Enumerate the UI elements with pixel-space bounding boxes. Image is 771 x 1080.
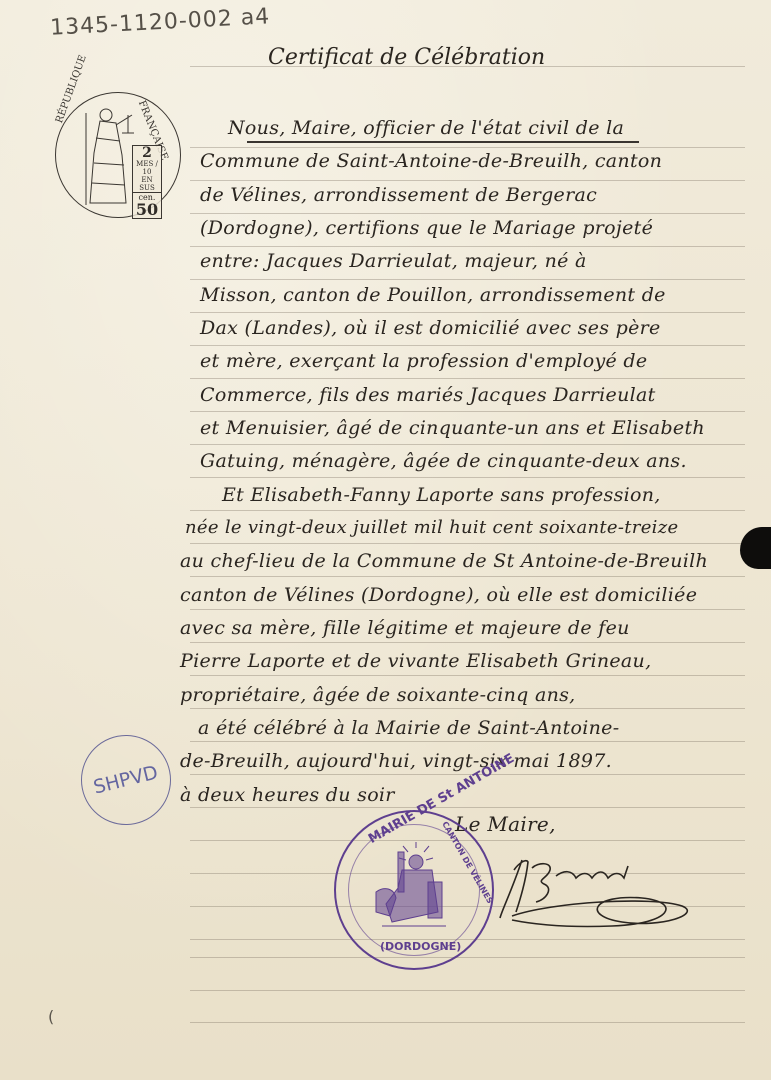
body-line: Pierre Laporte et de vivante Elisabeth G… <box>180 650 651 672</box>
body-line: Misson, canton de Pouillon, arrondisseme… <box>200 284 666 306</box>
ruled-line <box>190 180 745 181</box>
ruled-line <box>190 1022 745 1023</box>
ruled-line <box>190 543 745 544</box>
ruled-line <box>190 609 745 610</box>
body-line: a été célébré à la Mairie de Saint-Antoi… <box>198 717 619 739</box>
body-line: avec sa mère, fille légitime et majeure … <box>180 617 630 639</box>
body-line: et mère, exerçant la profession d'employ… <box>200 350 647 372</box>
ruled-line <box>190 411 745 412</box>
mairie-stamp-bottom-text: (DORDOGNE) <box>380 940 461 953</box>
mayor-signature <box>492 840 702 930</box>
ruled-line <box>190 675 745 676</box>
mairie-stamp: MAIRIE DE St ANTOINE CANTON DE VÉLINES (… <box>334 810 494 970</box>
ruled-line <box>190 708 745 709</box>
signature-flourish-icon <box>492 840 702 930</box>
body-line: Dax (Landes), où il est domicilié avec s… <box>200 317 661 339</box>
body-line: (Dordogne), certifions que le Mariage pr… <box>200 217 653 239</box>
fiscal-stamp: RÉPUBLIQUE FRANÇAISE 2 MES / 10 EN SUS c… <box>55 92 181 218</box>
document-title: Certificat de Célébration <box>268 45 545 70</box>
body-line: propriétaire, âgée de soixante-cinq ans, <box>180 684 576 706</box>
certificate-page: 1345-1120-002 a4 Certificat de Célébrati… <box>0 0 771 1080</box>
ruled-line <box>190 213 745 214</box>
archive-stamp: SHPVD <box>81 735 171 825</box>
body-line: canton de Vélines (Dordogne), où elle es… <box>180 584 697 606</box>
margin-mark: ( <box>48 1007 54 1026</box>
body-line: Et Elisabeth-Fanny Laporte sans professi… <box>222 484 661 506</box>
ruled-line <box>190 312 745 313</box>
ruled-line <box>190 990 745 991</box>
fiscal-stamp-value: 2 MES / 10 EN SUS cen. 50 <box>132 145 162 219</box>
body-line: Commerce, fils des mariés Jacques Darrie… <box>200 384 656 406</box>
title-underline <box>247 141 639 143</box>
body-line: Commune de Saint-Antoine-de-Breuilh, can… <box>200 150 662 172</box>
archive-reference: 1345-1120-002 a4 <box>49 4 270 40</box>
body-line: au chef-lieu de la Commune de St Antoine… <box>180 550 708 572</box>
ruled-line <box>190 477 745 478</box>
ruled-line <box>190 807 745 808</box>
body-line: Gatuing, ménagère, âgée de cinquante-deu… <box>200 450 687 472</box>
archive-stamp-text: SHPVD <box>92 761 161 798</box>
ruled-line <box>190 378 745 379</box>
body-line: Nous, Maire, officier de l'état civil de… <box>228 117 624 139</box>
body-line: et Menuisier, âgé de cinquante-un ans et… <box>200 417 705 439</box>
ink-blot <box>740 527 771 569</box>
ruled-line <box>190 444 745 445</box>
ruled-line <box>190 510 745 511</box>
body-line: de-Breuilh, aujourd'hui, vingt-six mai 1… <box>180 750 612 772</box>
body-line: entre: Jacques Darrieulat, majeur, né à <box>200 250 587 272</box>
ruled-line <box>190 741 745 742</box>
body-line: de Vélines, arrondissement de Bergerac <box>200 184 597 206</box>
body-line: à deux heures du soir <box>180 784 395 806</box>
ruled-line <box>190 345 745 346</box>
ruled-line <box>190 147 745 148</box>
ruled-line <box>190 642 745 643</box>
ruled-line <box>190 576 745 577</box>
body-line: née le vingt-deux juillet mil huit cent … <box>185 517 678 538</box>
ruled-line <box>190 279 745 280</box>
ruled-line <box>190 246 745 247</box>
